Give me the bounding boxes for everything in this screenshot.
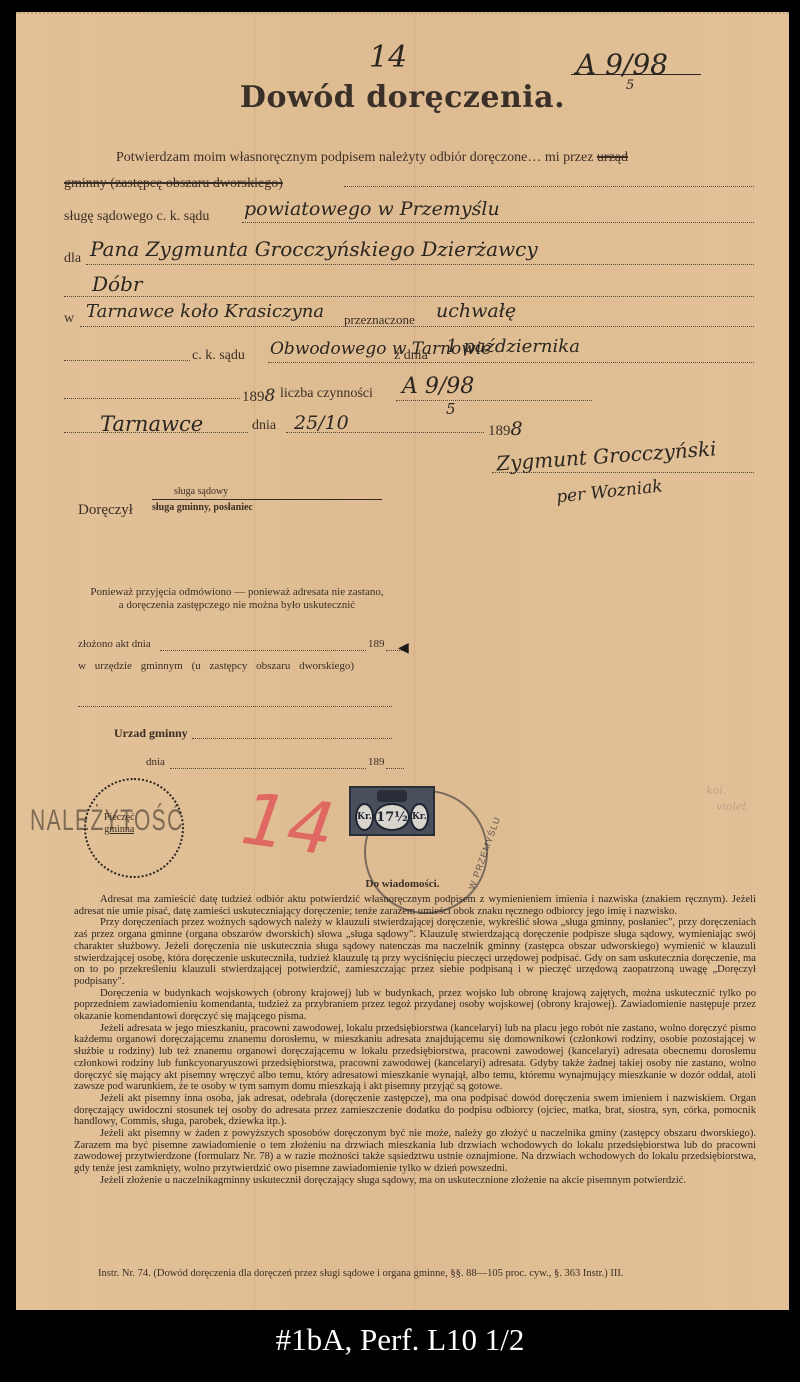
fill-line: [242, 222, 754, 223]
year2-value: 8: [511, 418, 523, 440]
instruction-paragraph: Doręczenia w budynkach wojskowych (obron…: [74, 988, 756, 1023]
refusal-line-2: a doręczenia zastępczego nie można było …: [78, 599, 396, 612]
instruction-paragraph: Adresat ma zamieścić datę tudzież odbiór…: [74, 894, 756, 917]
pointing-hand-icon: ◀: [398, 640, 409, 656]
year2-label: 189: [488, 423, 511, 439]
option-sluga-gminny: sługa gminny, posłaniec: [152, 499, 382, 513]
year-field: 1898: [242, 386, 275, 406]
fill-line: [78, 706, 392, 707]
fill-line: [344, 186, 754, 187]
fill-line: [160, 650, 366, 651]
instruction-paragraph: Jeżeli złożenie u naczelnikagminny uskut…: [74, 1175, 756, 1187]
document-sheet: 14 A 9/98 5 Dowód doręczenia. Potwierdza…: [16, 12, 789, 1310]
fill-line: [64, 296, 754, 297]
reference-underline: [571, 74, 701, 75]
dnia-label-2: dnia: [146, 756, 165, 768]
signature-line: [492, 472, 754, 473]
przeznaczone-value: uchwałę: [436, 300, 516, 322]
stamp-denomination-row: Kr. 17½ Kr.: [355, 802, 429, 832]
fill-line: [64, 398, 240, 399]
ck-sadu-label: c. k. sądu: [192, 348, 245, 364]
stamp-denomination: 17½: [374, 803, 410, 831]
signature-per: per Wozniak: [555, 476, 663, 507]
pencil-note-1: kol.: [706, 784, 726, 797]
fill-line: [286, 432, 484, 433]
instruction-paragraph: Jeżeli akt pisemny inna osoba, jak adres…: [74, 1093, 756, 1128]
option-sluga-sadowy: sługa sądowy: [152, 486, 382, 497]
dnia-value: 25/10: [294, 412, 349, 434]
year2-field: 1898: [488, 418, 523, 440]
intro-text: Potwierdzam moim własnoręcznym podpisem …: [116, 150, 593, 165]
refusal-block: Ponieważ przyjęcia odmówiono — ponieważ …: [78, 586, 396, 612]
fill-line: [80, 326, 754, 327]
liczba-sub: 5: [446, 400, 456, 418]
refusal-line-1: Ponieważ przyjęcia odmówiono — ponieważ …: [78, 586, 396, 599]
image-caption: #1bA, Perf. L10 1/2: [0, 1322, 800, 1358]
fill-line: [86, 264, 754, 265]
dnia-year: 189: [368, 756, 385, 768]
instruction-paragraph: Jeżeli adresata w jego mieszkaniu, praco…: [74, 1023, 756, 1093]
revenue-stamp: Kr. 17½ Kr.: [349, 786, 435, 836]
intro-line-2-struck: gminny (zastępcę obszaru dworskiego): [64, 176, 283, 192]
instructions-body: Adresat ma zamieścić datę tudzież odbiór…: [74, 894, 756, 1187]
fill-line: [64, 360, 190, 361]
zlozono-year: 189: [368, 638, 385, 650]
liczba-value: A 9/98: [402, 374, 474, 399]
liczba-label: liczba czynności: [280, 386, 373, 402]
stamp-unit-left: Kr.: [355, 803, 374, 831]
year-value: 8: [265, 386, 276, 406]
zlozono-label: złożono akt dnia: [78, 638, 151, 650]
fill-line: [64, 432, 248, 433]
year-label: 189: [242, 389, 265, 405]
instruction-paragraph: Przy doręczeniach przez woźnych sądowych…: [74, 917, 756, 987]
pencil-note-2: violet: [716, 800, 747, 813]
dnia-label: dnia: [252, 418, 276, 434]
page-title: Dowód doręczenia.: [16, 80, 789, 115]
dla-value: Pana Zygmunta Grocczyńskiego Dzierżawcy: [90, 237, 538, 261]
red-crayon-mark: 14: [237, 776, 339, 872]
handwritten-reference: A 9/98: [576, 48, 668, 81]
seal-label-2: gminna: [104, 824, 135, 836]
eagle-emblem-icon: [377, 790, 407, 802]
doreczyl-options: sługa sądowy sługa gminny, posłaniec: [152, 486, 382, 513]
signature: Zygmunt Grocczyński: [495, 436, 717, 475]
fill-line: [396, 400, 592, 401]
dla-label: dla: [64, 251, 81, 267]
dla-value-2: Dóbr: [92, 272, 142, 296]
sluga-label: sługę sądowego c. k. sądu: [64, 209, 209, 225]
urzad-line: w urzędzie gminnym (u zastępcy obszaru d…: [78, 660, 392, 672]
sluga-value: powiatowego w Przemyślu: [244, 198, 500, 220]
seal-label-1: Pieczęć: [104, 812, 135, 824]
fill-line: [170, 768, 366, 769]
instructions-heading: Do wiadomości.: [16, 878, 789, 890]
instruction-paragraph: Jeżeli akt pisemny w żaden z powyższych …: [74, 1128, 756, 1175]
intro-line-1: Potwierdzam moim własnoręcznym podpisem …: [116, 150, 628, 166]
z-dnia-value: 1 października: [446, 336, 580, 357]
urzad-gminny-label: Urzad gminny: [114, 726, 188, 741]
doreczyl-label: Doręczył: [78, 502, 133, 519]
seal-label: Pieczęć gminna: [104, 812, 135, 836]
w-value: Tarnawce koło Krasiczyna: [86, 301, 324, 322]
fill-line: [192, 738, 392, 739]
fill-line: [268, 362, 754, 363]
form-footer: Instr. Nr. 74. (Dowód doręczenia dla dor…: [98, 1268, 623, 1279]
fill-line: [386, 768, 404, 769]
stamp-unit-right: Kr.: [410, 803, 429, 831]
struck-text: urząd: [597, 150, 628, 165]
handwritten-number: 14: [369, 40, 407, 75]
w-label: w: [64, 311, 74, 327]
